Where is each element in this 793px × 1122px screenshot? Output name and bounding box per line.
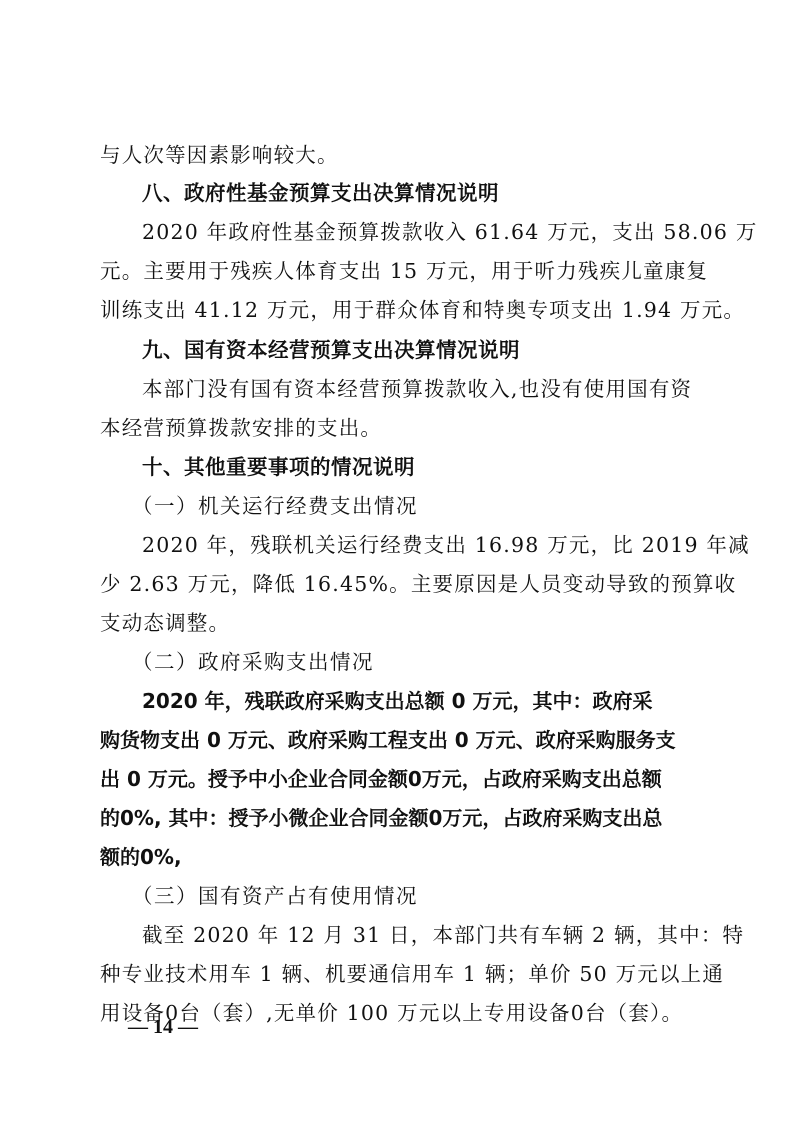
subsection-heading-1: （一）机关运行经费支出情况 xyxy=(132,493,690,519)
paragraph-line: 2020 年，残联政府采购支出总额 0 万元，其中：政府采 xyxy=(142,688,700,714)
paragraph-line: 本经营预算拨款安排的支出。 xyxy=(100,415,700,441)
section-heading-8: 八、政府性基金预算支出决算情况说明 xyxy=(142,180,700,206)
paragraph-line: 支动态调整。 xyxy=(100,610,700,636)
document-page: 与人次等因素影响较大。 八、政府性基金预算支出决算情况说明 2020 年政府性基… xyxy=(0,0,793,1122)
paragraph-line: 购货物支出 0 万元、政府采购工程支出 0 万元、政府采购服务支 xyxy=(100,727,700,753)
paragraph-line: 少 2.63 万元，降低 16.45%。主要原因是人员变动导致的预算收 xyxy=(100,571,700,597)
paragraph-line: 截至 2020 年 12 月 31 日，本部门共有车辆 2 辆，其中：特 xyxy=(142,922,700,948)
paragraph-line: 本部门没有国有资本经营预算拨款收入,也没有使用国有资 xyxy=(142,376,700,402)
page-number: — 14 — xyxy=(128,1016,198,1039)
paragraph-line: 出 0 万元。授予中小企业合同金额0万元，占政府采购支出总额 xyxy=(100,766,700,792)
subsection-heading-3: （三）国有资产占有使用情况 xyxy=(132,883,690,909)
paragraph-line: 与人次等因素影响较大。 xyxy=(100,142,700,168)
paragraph-line: 2020 年政府性基金预算拨款收入 61.64 万元，支出 58.06 万 xyxy=(142,219,700,245)
paragraph-line: 2020 年，残联机关运行经费支出 16.98 万元，比 2019 年减 xyxy=(142,532,700,558)
paragraph-line: 元。主要用于残疾人体育支出 15 万元，用于听力残疾儿童康复 xyxy=(100,258,700,284)
section-heading-9: 九、国有资本经营预算支出决算情况说明 xyxy=(142,337,700,363)
subsection-heading-2: （二）政府采购支出情况 xyxy=(132,649,690,675)
paragraph-line: 额的0%, xyxy=(100,844,700,870)
paragraph-line: 的0%, 其中：授予小微企业合同金额0万元，占政府采购支出总 xyxy=(100,805,700,831)
paragraph-line: 训练支出 41.12 万元，用于群众体育和特奥专项支出 1.94 万元。 xyxy=(100,297,700,323)
paragraph-line: 种专业技术用车 1 辆、机要通信用车 1 辆；单价 50 万元以上通 xyxy=(100,961,700,987)
section-heading-10: 十、其他重要事项的情况说明 xyxy=(142,454,700,480)
